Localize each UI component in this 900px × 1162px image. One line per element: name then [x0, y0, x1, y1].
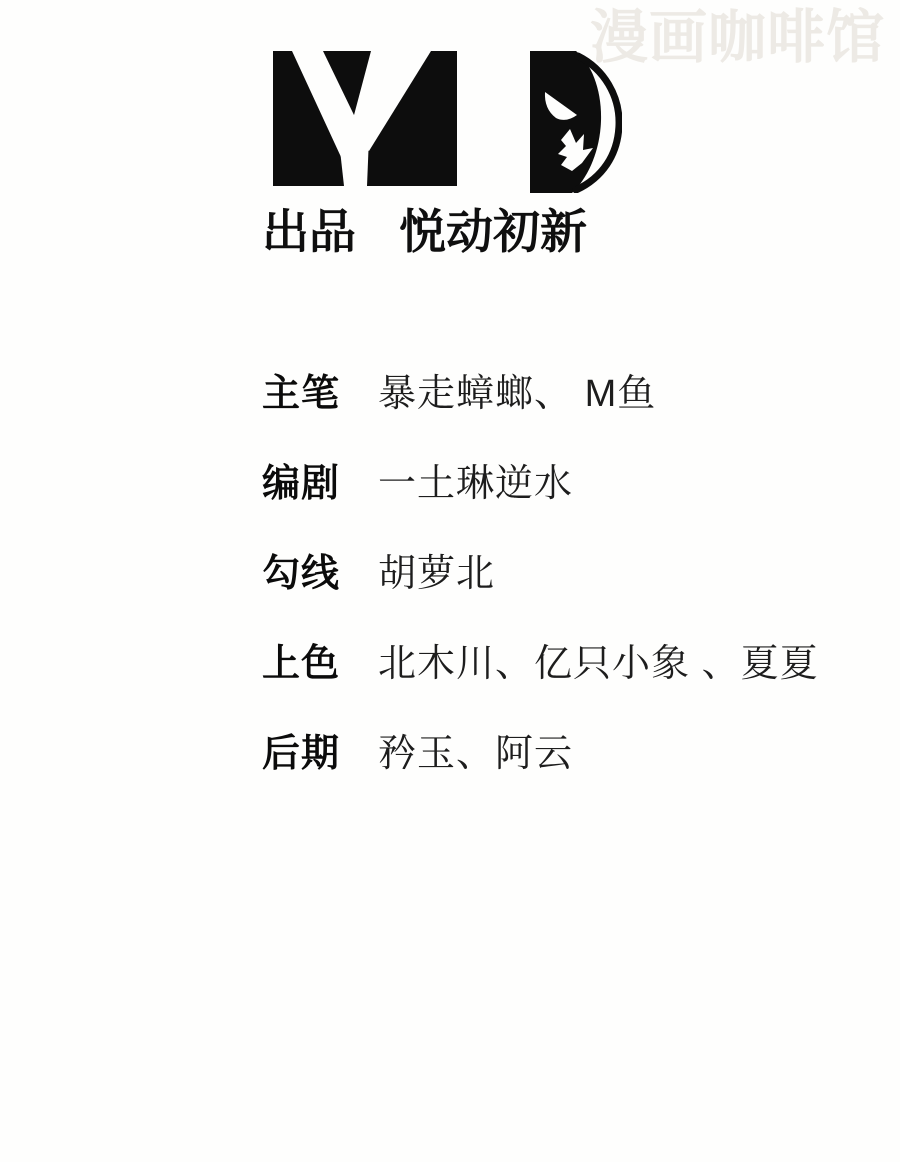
credit-names: 暴走蟑螂、 M鱼	[378, 362, 656, 417]
d-monster-face-icon	[530, 51, 622, 193]
credit-row: 编剧 一土琳逆水	[262, 452, 842, 542]
credit-row: 勾线 胡萝北	[262, 542, 842, 632]
credit-row: 后期 矜玉、阿云	[262, 722, 842, 812]
producer-label: 出品	[262, 205, 356, 258]
credit-role-label: 编剧	[262, 452, 340, 507]
y-monogram-icon	[273, 51, 457, 186]
credit-row: 主笔 暴走蟑螂、 M鱼	[262, 362, 842, 452]
producer-name: 悦动初新	[399, 205, 587, 258]
credit-names: 一土琳逆水	[378, 452, 573, 507]
comic-credits-page: 漫画咖啡馆 出品悦动初新	[0, 0, 900, 1162]
site-watermark: 漫画咖啡馆	[590, 8, 885, 69]
credit-role-label: 上色	[262, 632, 340, 687]
credit-names: 矜玉、阿云	[378, 722, 573, 777]
credit-role-label: 后期	[262, 722, 340, 777]
credit-row: 上色 北木川、亿只小象 、夏夏	[262, 632, 842, 722]
studio-logo	[273, 51, 622, 193]
credit-names: 胡萝北	[378, 542, 495, 597]
credit-names: 北木川、亿只小象 、夏夏	[378, 632, 819, 687]
credits-list: 主笔 暴走蟑螂、 M鱼 编剧 一土琳逆水 勾线 胡萝北 上色 北木川、亿只小象 …	[262, 362, 842, 812]
credit-role-label: 主笔	[262, 362, 340, 417]
credit-role-label: 勾线	[262, 542, 340, 597]
producer-line: 出品悦动初新	[262, 206, 587, 258]
